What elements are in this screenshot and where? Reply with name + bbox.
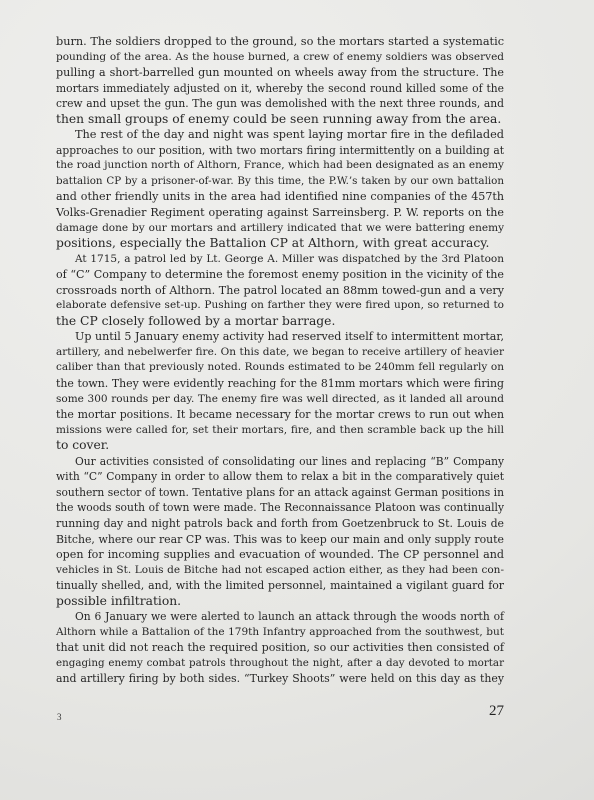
text-line: the mortar positions. It became necessar… [56, 407, 504, 423]
document-page: burn. The soldiers dropped to the ground… [0, 0, 594, 800]
text-line: Bitche, where our rear CP was. This was … [56, 532, 504, 548]
paragraph: On 6 January we were alerted to launch a… [56, 609, 504, 687]
text-line: burn. The soldiers dropped to the ground… [56, 34, 504, 50]
text-line: the town. They were evidently reaching f… [56, 376, 504, 392]
paragraph: The rest of the day and night was spent … [56, 127, 504, 251]
text-line: On 6 January we were alerted to launch a… [56, 609, 504, 625]
text-line: battalion CP by a prisoner-of-war. By th… [56, 174, 504, 190]
text-line: that unit did not reach the required pos… [56, 640, 504, 656]
text-line: the woods south of town were made. The R… [56, 500, 504, 516]
text-line: positions, especially the Battalion CP a… [56, 236, 504, 252]
paragraph: burn. The soldiers dropped to the ground… [56, 34, 504, 127]
text-line: crossroads north of Althorn. The patrol … [56, 283, 504, 299]
text-line: then small groups of enemy could be seen… [56, 112, 504, 128]
text-line: Volks-Grenadier Regiment operating again… [56, 205, 504, 221]
text-line: elaborate defensive set-up. Pushing on f… [56, 298, 504, 314]
text-line: tinually shelled, and, with the limited … [56, 578, 504, 594]
text-line: The rest of the day and night was spent … [56, 127, 504, 143]
text-line: Our activities consisted of consolidatin… [56, 454, 504, 470]
text-line: pounding of the area. As the house burne… [56, 50, 504, 66]
signature-mark: 3 [57, 712, 62, 722]
paragraph: Up until 5 January enemy activity had re… [56, 329, 504, 453]
text-line: some 300 rounds per day. The enemy fire … [56, 392, 504, 408]
text-line: vehicles in St. Louis de Bitche had not … [56, 563, 504, 579]
text-line: caliber than that previously noted. Roun… [56, 360, 504, 376]
text-line: and other friendly units in the area had… [56, 189, 504, 205]
text-line: approaches to our position, with two mor… [56, 143, 504, 159]
text-line: crew and upset the gun. The gun was demo… [56, 96, 504, 112]
text-line: the road junction north of Althorn, Fran… [56, 158, 504, 174]
text-line: Up until 5 January enemy activity had re… [56, 329, 504, 345]
text-line: to cover. [56, 438, 504, 454]
text-line: mortars immediately adjusted on it, wher… [56, 81, 504, 97]
text-line: pulling a short-barrelled gun mounted on… [56, 65, 504, 81]
text-line: missions were called for, set their mort… [56, 423, 504, 439]
text-line: At 1715, a patrol led by Lt. George A. M… [56, 252, 504, 268]
text-line: running day and night patrols back and f… [56, 516, 504, 532]
paragraph: At 1715, a patrol led by Lt. George A. M… [56, 252, 504, 330]
text-line: engaging enemy combat patrols throughout… [56, 656, 504, 672]
text-line: and artillery firing by both sides. “Tur… [56, 671, 504, 687]
text-line: of “C” Company to determine the foremost… [56, 267, 504, 283]
body-text: burn. The soldiers dropped to the ground… [56, 34, 504, 687]
page-number: 27 [478, 703, 504, 720]
text-line: possible infiltration. [56, 594, 504, 610]
text-line: southern sector of town. Tentative plans… [56, 485, 504, 501]
text-line: artillery, and nebelwerfer fire. On this… [56, 345, 504, 361]
text-line: the CP closely followed by a mortar barr… [56, 314, 504, 330]
paragraph: Our activities consisted of consolidatin… [56, 454, 504, 609]
text-line: with “C” Company in order to allow them … [56, 469, 504, 485]
text-line: damage done by our mortars and artillery… [56, 221, 504, 237]
text-line: Althorn while a Battalion of the 179th I… [56, 625, 504, 641]
text-line: open for incoming supplies and evacuatio… [56, 547, 504, 563]
